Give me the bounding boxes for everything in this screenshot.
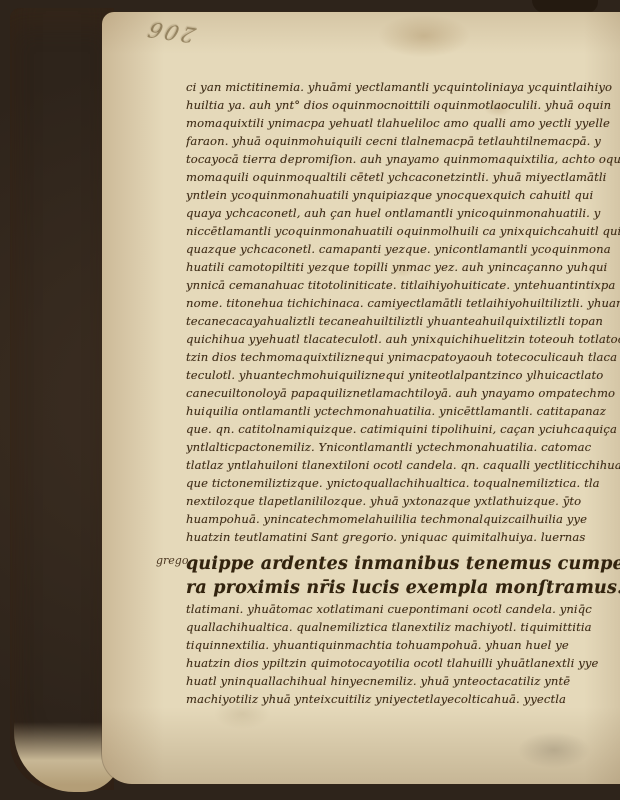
text-line: huiltia ya. auh ynt° dios oquinmocnoitti… [186, 96, 620, 114]
book-photo: 206 grego. ci yan mictitinemia. yhuāmi y… [0, 0, 620, 800]
manuscript-page: 206 grego. ci yan mictitinemia. yhuāmi y… [102, 12, 620, 784]
text-line: momaquixtili ynimacpa yehuatl tlahuelilo… [186, 114, 620, 132]
text-line: huatzin dios ypiltzin quimotocayotilia o… [186, 654, 620, 672]
text-line: que. qn. catitolnamiquizque. catimiquini… [186, 420, 620, 438]
text-line: quippe ardentes inmanibus tenemus cumper… [186, 552, 620, 576]
text-line: tzin dios techmomaquixtiliznequi ynimacp… [186, 348, 620, 366]
text-line: huatili camotopiltiti yezque topilli ynm… [186, 258, 620, 276]
text-line: momaquili oquinmoqualtili cētetl ychcaco… [186, 168, 620, 186]
text-line: huiquilia ontlamantli yctechmonahuatilia… [186, 402, 620, 420]
text-line: tecanecacayahualiztli tecaneahuiltiliztl… [186, 312, 620, 330]
text-line: tiquinnextilia. yhuantiquinmachtia tohua… [186, 636, 620, 654]
text-line: quallachihualtica. qualnemiliztica tlane… [186, 618, 620, 636]
text-line: huatzin teutlamatini Sant gregorio. yniq… [186, 528, 620, 546]
text-line: huatl yninquallachihual hinyecnemiliz. y… [186, 672, 620, 690]
text-line: tlatlaz yntlahuiloni tlanextiloni ocotl … [186, 456, 620, 474]
text-line: niccētlamantli ycoquinmonahuatili oquinm… [186, 222, 620, 240]
text-line: ynnicā cemanahuac titotoliniticate. titl… [186, 276, 620, 294]
folio-number: 206 [142, 17, 198, 47]
text-line: ra proximis nr̄is lucis exempla monſtram… [186, 576, 620, 600]
page-edge-stack [10, 8, 114, 790]
text-line: nome. titonehua tichichinaca. camiyectla… [186, 294, 620, 312]
text-line: canecuiltonoloyā papaquiliznetlamachtilo… [186, 384, 620, 402]
text-line: faraon. yhuā oquinmohuiquili cecni tlaln… [186, 132, 620, 150]
text-line: huampohuā. ynincatechmomelahuililia tech… [186, 510, 620, 528]
text-line: teculotl. yhuantechmohuiquiliznequi ynit… [186, 366, 620, 384]
text-line: yntlein ycoquinmonahuatili ynquipiazque … [186, 186, 620, 204]
text-line: nextilozque tlapetlanililozque. yhuā yxt… [186, 492, 620, 510]
text-line: quaya ychcaconetl, auh çan huel ontlaman… [186, 204, 620, 222]
text-line: que tictonemiliztizque. ynictoquallachih… [186, 474, 620, 492]
text-line: quichihua yyehuatl tlacateculotl. auh yn… [186, 330, 620, 348]
text-line: tlatimani. yhuātomac xotlatimani cuepont… [186, 600, 620, 618]
text-line: machiyotiliz yhuā ynteixcuitiliz yniyect… [186, 690, 620, 708]
text-line: yntlalticpactonemiliz. Ynicontlamantli y… [186, 438, 620, 456]
text-block: ci yan mictitinemia. yhuāmi yectlamantli… [186, 78, 620, 738]
text-line: ci yan mictitinemia. yhuāmi yectlamantli… [186, 78, 620, 96]
text-line: tocayocā tierra depromiſion. auh ynayamo… [186, 150, 620, 168]
text-line: quazque ychcaconetl. camapanti yezque. y… [186, 240, 620, 258]
